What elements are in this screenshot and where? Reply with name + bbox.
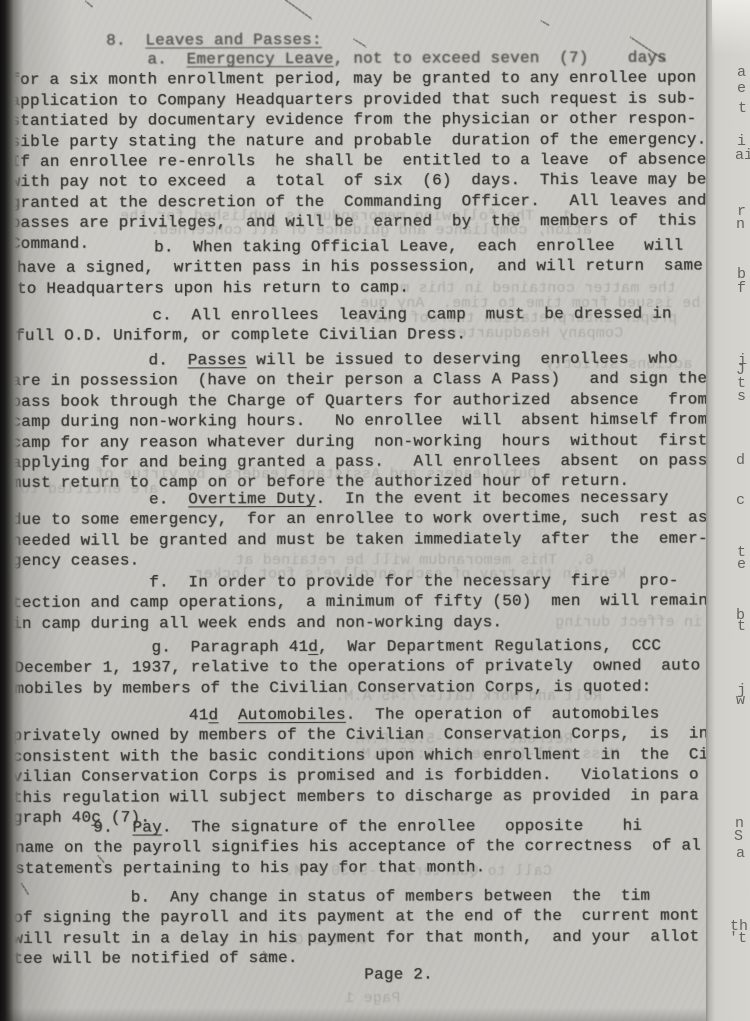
next-page-text-fragment: S <box>734 828 743 845</box>
typewritten-line: application to Company Headquarters prov… <box>10 88 706 111</box>
typewritten-line: with pay not to exceed a total of six (6… <box>11 170 707 193</box>
paragraph-para-9b: b. Any change in status of members betwe… <box>13 886 699 970</box>
paragraph-para-a: a. Emergency Leave, not to exceed seven … <box>10 48 707 254</box>
typewritten-line: in camp during all week ends and non-wor… <box>12 611 708 634</box>
typewritten-line: passes are privileges, and will be earne… <box>11 211 707 234</box>
typewritten-line: due to some emergency, for an enrollee t… <box>12 508 708 531</box>
typewritten-line: pass book through the Charge of Quarters… <box>11 389 707 412</box>
paragraph-quote-41d: 41d Automobiles. The operation of automo… <box>12 704 708 829</box>
paragraph-footer: Page 2. <box>11 965 433 987</box>
typewritten-line: camp for any reason whatever during non-… <box>12 430 708 453</box>
typewritten-line: for a six month enrollment period, may b… <box>10 68 706 91</box>
typewritten-line: will result in a delay in his payment fo… <box>13 926 699 949</box>
next-page-text-fragment: w <box>736 692 745 709</box>
bottom-edge-shadow <box>0 1008 706 1021</box>
typewritten-line: b. Any change in status of members betwe… <box>13 886 699 909</box>
next-page-text-fragment: c <box>736 492 745 509</box>
typewritten-line: 9. Pay. The signature of the enrollee op… <box>15 816 701 839</box>
typewritten-line: sible party stating the nature and proba… <box>10 129 706 152</box>
typewritten-line: full O.D. Uniform, or complete Civilian … <box>15 324 672 347</box>
typewritten-line: consistent with the basic conditions upo… <box>13 744 709 767</box>
paragraph-para-f: f. In order to provide for the necessary… <box>12 571 708 635</box>
typewritten-line: mobiles by members of the Civilian Conse… <box>14 676 700 699</box>
next-page-text-fragment: f <box>737 280 746 297</box>
typewritten-line: have a signed, written pass in his posse… <box>17 256 703 279</box>
next-page-text-fragment: d <box>736 452 745 469</box>
typewritten-line: g. Paragraph 41d, War Department Regulat… <box>14 636 700 659</box>
next-page-text-fragment: 't <box>729 930 747 947</box>
next-page-text-fragment: s <box>737 388 746 405</box>
typewritten-line: are in possession (have on their person … <box>11 369 707 392</box>
next-page-text-fragment: a <box>736 845 745 862</box>
typewritten-line: granted at the descretion of the Command… <box>11 190 707 213</box>
typewritten-line: Page 2. <box>11 965 433 987</box>
typewritten-line: If an enrollee re-enrolls he shall be en… <box>11 150 707 173</box>
next-page-text-fragment: e <box>737 556 746 573</box>
next-page-text-fragment: a <box>737 64 746 81</box>
typewritten-line: e. Overtime Duty. In the event it become… <box>12 488 708 511</box>
typewritten-line: this regulation will subject members to … <box>13 785 709 808</box>
typewritten-line: 41d Automobiles. The operation of automo… <box>12 704 708 727</box>
typewritten-line: c. All enrollees leaving camp must be dr… <box>15 304 672 327</box>
typewritten-line: f. In order to provide for the necessary… <box>12 571 708 594</box>
paragraph-para-d: d. Passes will be issued to deserving en… <box>11 349 707 494</box>
paragraph-para-c: c. All enrollees leaving camp must be dr… <box>15 304 672 347</box>
typewritten-line: applying for and being granted a pass. A… <box>12 451 708 474</box>
next-page-text-fragment: n <box>736 216 745 233</box>
typewritten-line: camp during non-working hours. No enroll… <box>11 410 707 433</box>
typewritten-line: to Headquarters upon his return to camp. <box>17 276 703 299</box>
paragraph-para-g: g. Paragraph 41d, War Department Regulat… <box>14 636 700 700</box>
scanned-document-page: 1. The following memorandum is published… <box>0 0 750 1021</box>
next-page-text-fragment: t <box>737 618 746 635</box>
book-binding-edge <box>0 0 24 1021</box>
typewritten-line: gency ceases. <box>12 549 708 572</box>
typewritten-line: privately owned by members of the Civili… <box>13 724 709 747</box>
typewritten-line: December 1, 1937, relative to the operat… <box>14 656 700 679</box>
paragraph-para-b: b. When taking Official Leave, each enro… <box>17 236 703 300</box>
typewritten-text: 8. Leaves and Passes: a. Emergency Leave… <box>8 0 750 1021</box>
typewritten-line: name on the payroll signifies his accept… <box>15 836 701 859</box>
next-page-text-fragment: ai <box>735 147 750 164</box>
next-page-text-fragment: e <box>737 80 746 97</box>
typewritten-line: of signing the payroll and its payment a… <box>13 906 699 929</box>
typewritten-line: statements pertaining to his pay for tha… <box>15 856 701 879</box>
paragraph-para-9: 9. Pay. The signature of the enrollee op… <box>15 816 701 880</box>
typewritten-line: d. Passes will be issued to deserving en… <box>11 349 707 372</box>
typewritten-line: stantiated by documentary evidence from … <box>10 109 706 132</box>
typewritten-line: b. When taking Official Leave, each enro… <box>17 236 703 259</box>
typewritten-line: tection and camp operations, a minimum o… <box>12 591 708 614</box>
paragraph-para-e: e. Overtime Duty. In the event it become… <box>12 488 708 572</box>
typewritten-line: a. Emergency Leave, not to exceed seven … <box>10 48 706 71</box>
typewritten-line: vilian Conservation Corps is promised an… <box>13 765 709 788</box>
typewritten-line: needed will be granted and must be taken… <box>12 528 708 551</box>
next-page-text-fragment: t <box>738 100 747 117</box>
